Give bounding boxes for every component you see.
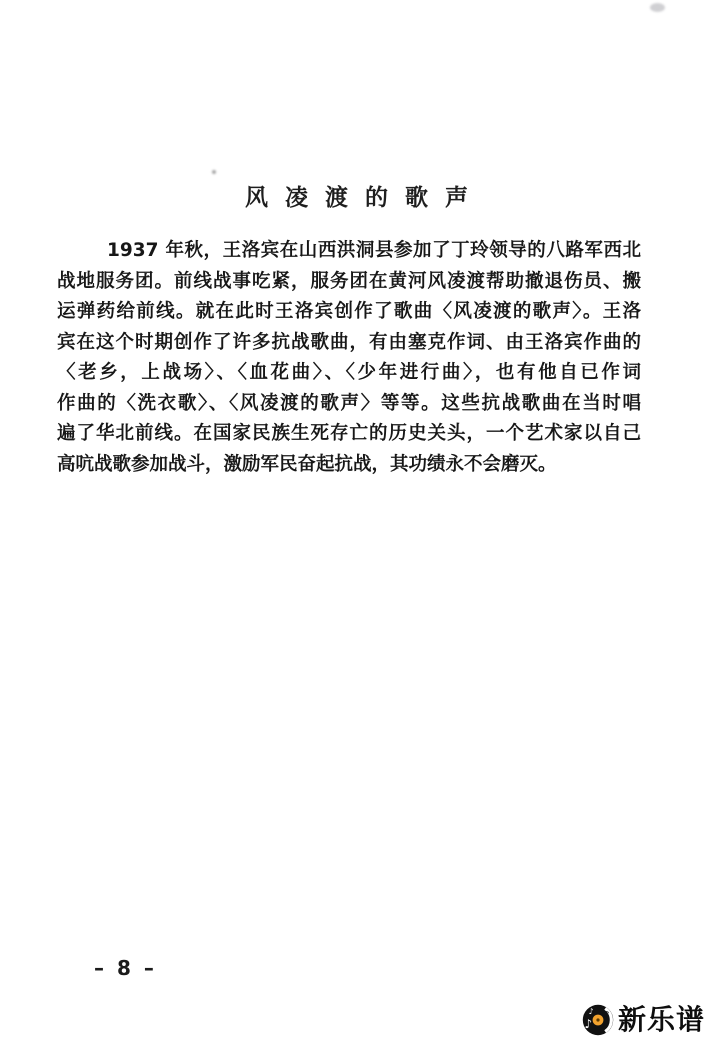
scan-artifact [650,3,665,12]
svg-text:♪: ♪ [585,1017,593,1031]
body-paragraph: 1937 年秋，王洛宾在山西洪洞县参加了丁玲领导的八路军西北 战地服务团。前线战… [57,236,641,480]
paragraph-line: 高吭战歌参加战斗，激励军民奋起抗战，其功绩永不会磨灭。 [57,450,641,481]
page-number: – 8 – [94,956,157,980]
paragraph-line: 战地服务团。前线战事吃紧，服务团在黄河风凌渡帮助撤退伤员、搬 [57,267,641,298]
paragraph-line: 运弹药给前线。就在此时王洛宾创作了歌曲〈风凌渡的歌声〉。王洛 [57,297,641,328]
scan-artifact [212,170,216,174]
watermark-text: 新乐谱 [618,1006,705,1034]
paragraph-line: 1937 年秋，王洛宾在山西洪洞县参加了丁玲领导的八路军西北 [57,236,641,267]
watermark: ♪ ♪ ♪ 新乐谱 [582,1003,705,1037]
paragraph-line: 〈老乡，上战场〉、〈血花曲〉、〈少年进行曲〉，也有他自已作词 [57,358,641,389]
svg-text:♪: ♪ [604,1011,610,1021]
page: 风凌渡的歌声 1937 年秋，王洛宾在山西洪洞县参加了丁玲领导的八路军西北 战地… [0,0,710,1044]
paragraph-line: 作曲的〈洗衣歌〉、〈风凌渡的歌声〉等等。这些抗战歌曲在当时唱 [57,389,641,420]
vinyl-record-icon: ♪ ♪ ♪ [582,1004,614,1036]
svg-text:♪: ♪ [589,1007,594,1016]
paragraph-line: 宾在这个时期创作了许多抗战歌曲，有由塞克作词、由王洛宾作曲的 [57,328,641,359]
paragraph-line: 遍了华北前线。在国家民族生死存亡的历史关头，一个艺术家以自己 [57,419,641,450]
page-title: 风凌渡的歌声 [10,179,710,212]
